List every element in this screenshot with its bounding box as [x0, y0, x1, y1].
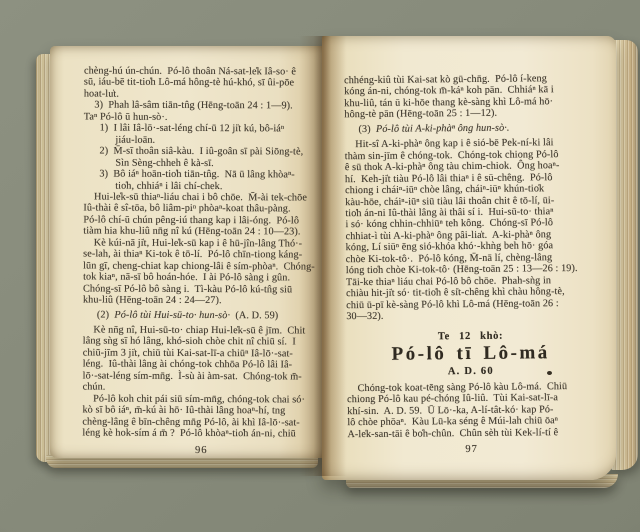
right-page-number: 97 [348, 443, 596, 457]
left-subheading: (2) Pó-lô tùi Hui-sū-to· hun-sò· (A. D. … [97, 310, 321, 322]
left-body-bottom: Kè nn̄g nî, Hui-sū-to· chiap Hui-le̍k-sū… [82, 324, 320, 440]
left-subheading-title: Pó-lô tùi Hui-sū-to· hun-sò· [114, 310, 230, 322]
left-page: chèng-hú ún-chún. Pó-lô thoân Ná-sat-le̍… [50, 46, 322, 458]
book-photo: chèng-hú ún-chún. Pó-lô thoân Ná-sat-le̍… [0, 0, 640, 532]
lesson-kicker: Te 12 khò: [346, 329, 594, 343]
paper-fleck [547, 371, 552, 375]
left-subheading-marker: (2) [97, 310, 109, 321]
lesson-title: Pó-lô tī Lô-má [347, 347, 595, 361]
right-subheading-marker: (3) [358, 124, 370, 135]
lesson-date: A. D. 60 [347, 365, 595, 379]
right-subheading-title: Pó-lô tùi A-ki-phàⁿ ông hun-sò·. [376, 123, 510, 135]
right-subheading: (3) Pó-lô tùi A-ki-phàⁿ ông hun-sò·. [358, 122, 592, 136]
right-page: chhéng-kiû tùi Kai-sat kò gū-chn̄g. Pó-l… [322, 36, 616, 480]
right-body-top: chhéng-kiû tùi Kai-sat kò gū-chn̄g. Pó-l… [344, 73, 592, 121]
left-subheading-suffix: (A. D. 59) [235, 310, 278, 321]
left-page-text: chèng-hú ún-chún. Pó-lô thoân Ná-sat-le̍… [82, 65, 322, 456]
right-body-bottom: Chóng-tok koat-tēng sàng Pó-lô kàu Lô-má… [347, 381, 596, 441]
right-page-text: chhéng-kiû tùi Kai-sat kò gū-chn̄g. Pó-l… [344, 73, 596, 457]
left-page-number: 96 [82, 444, 320, 456]
right-body-middle: Hit-sî A-ki-phàⁿ ông kap i ê sió-bē Pek-… [345, 137, 595, 323]
left-body-top: chèng-hú ún-chún. Pó-lô thoân Ná-sat-le̍… [83, 65, 322, 307]
